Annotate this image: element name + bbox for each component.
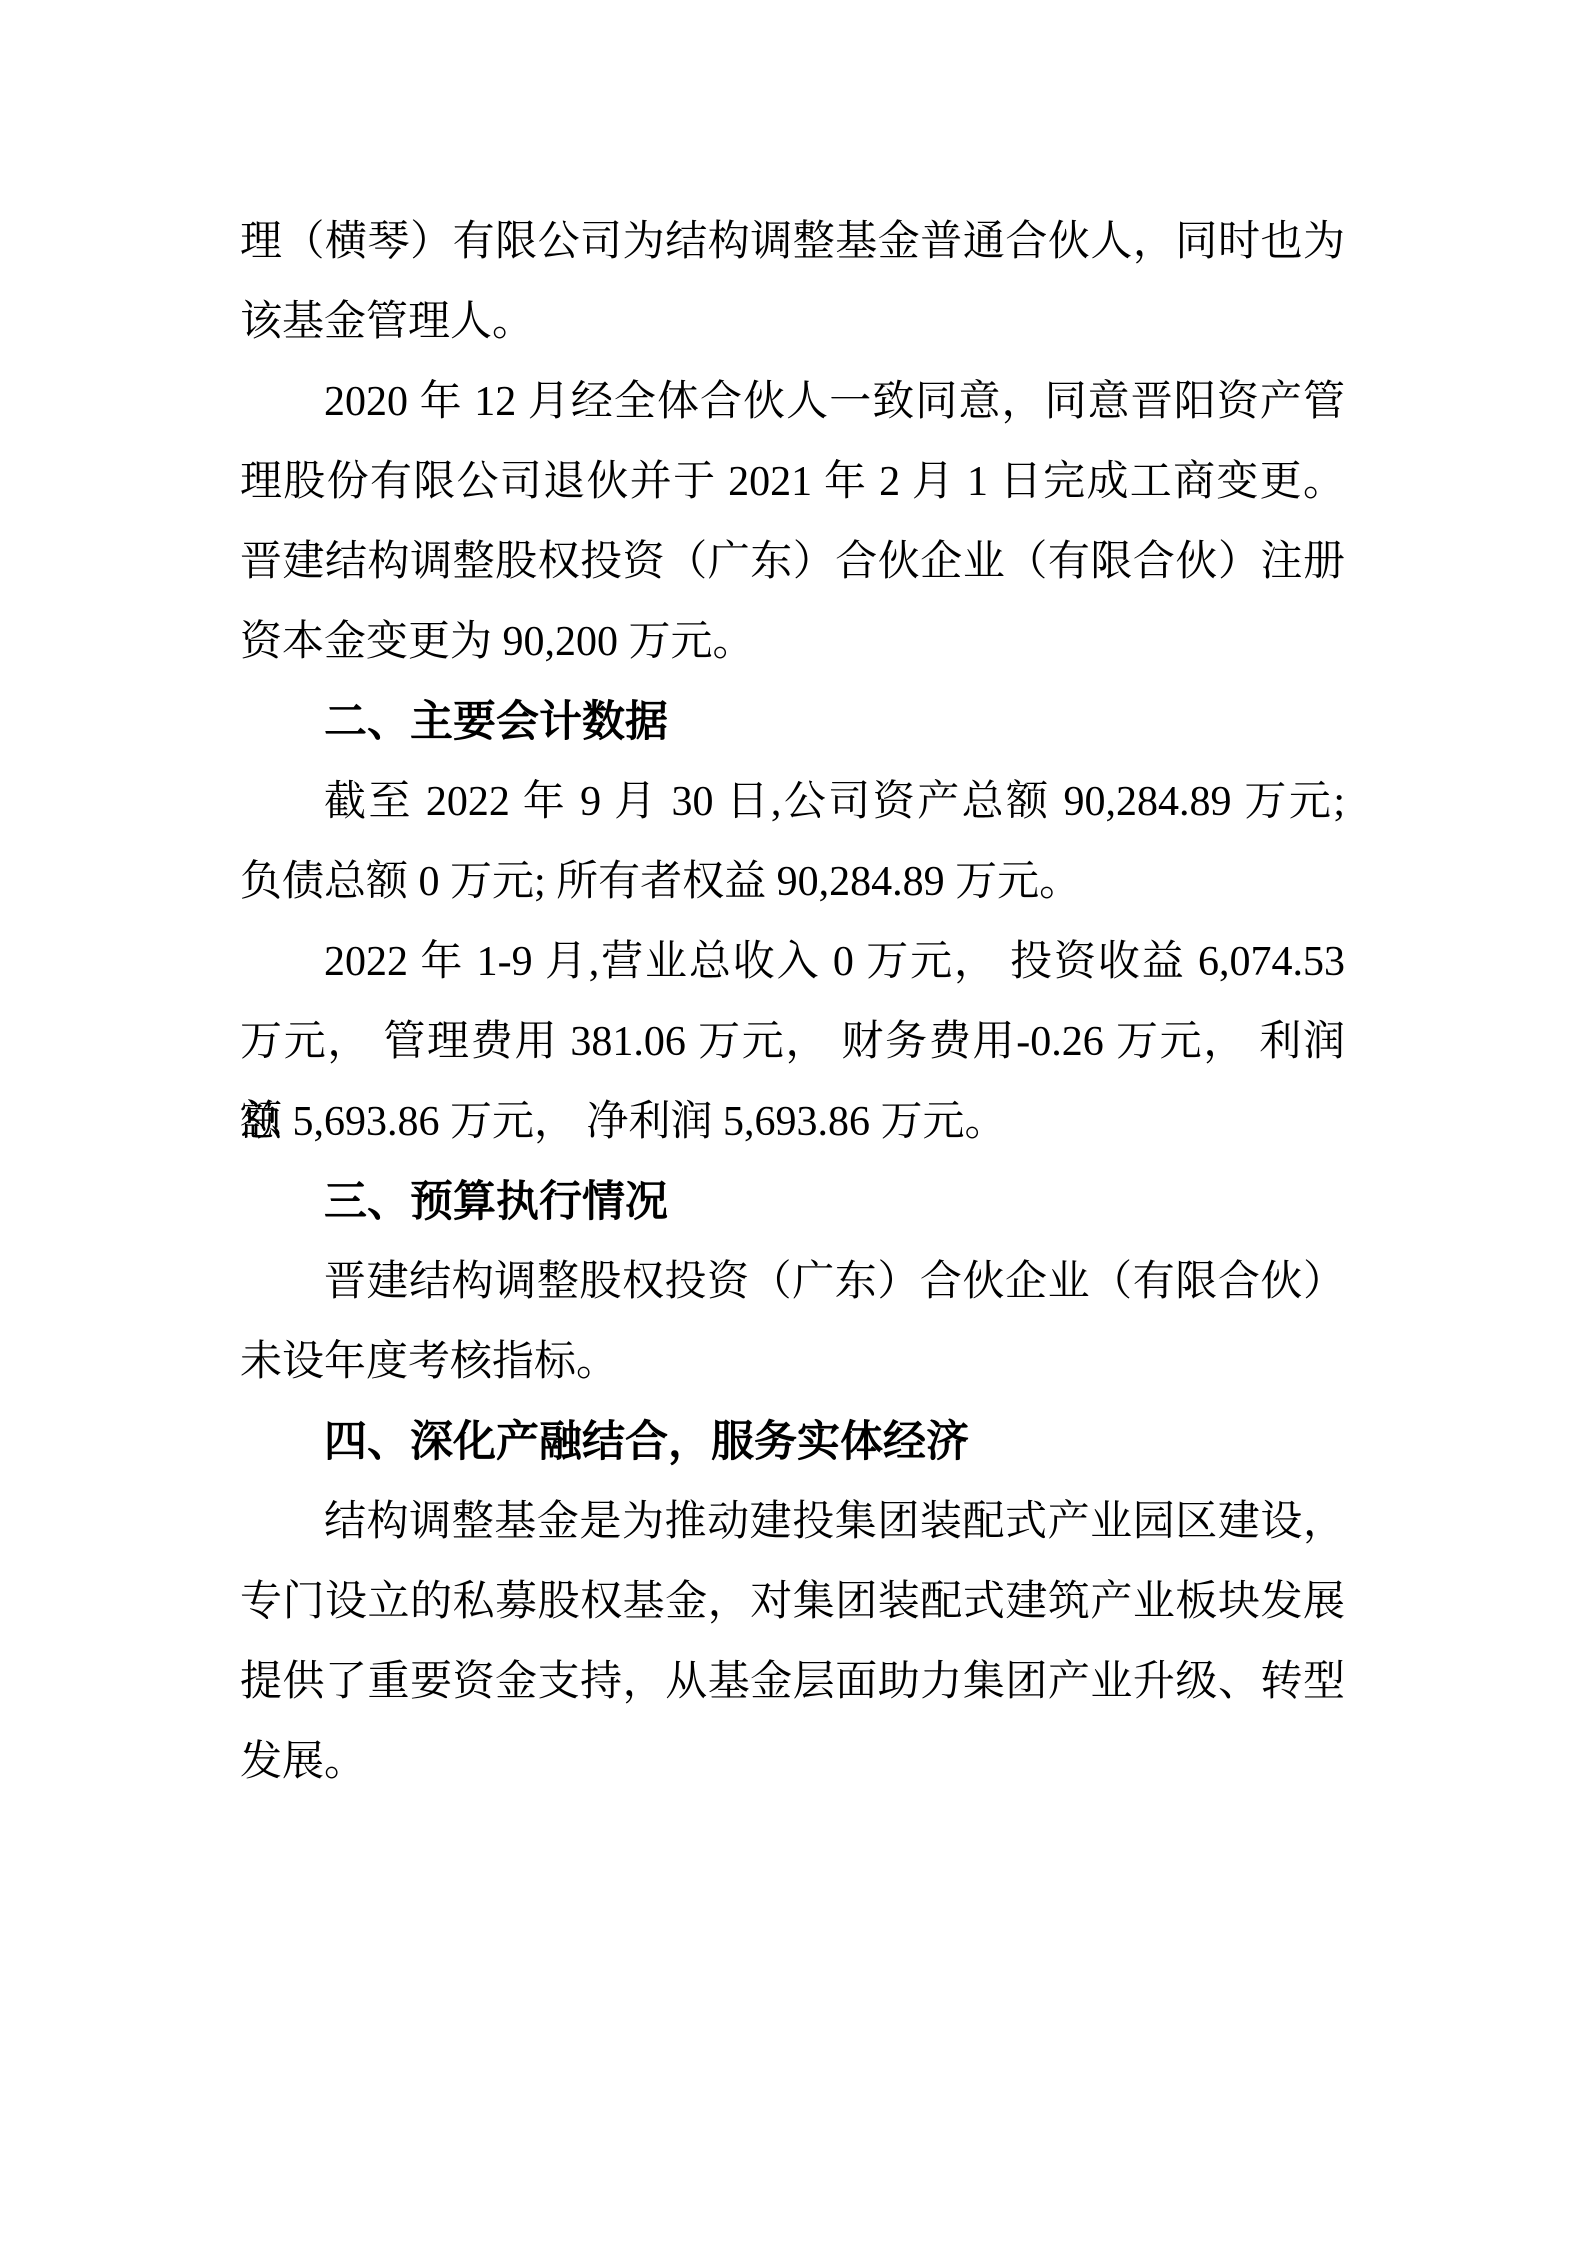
text-line: 结构调整基金是为推动建投集团装配式产业园区建设，: [240, 1482, 1345, 1562]
section-heading: 三、预算执行情况: [240, 1162, 1345, 1242]
text-line: 该基金管理人。: [240, 282, 1345, 362]
text-line: 资本金变更为 90,200 万元。: [240, 602, 1345, 682]
document-page: 理（横琴）有限公司为结构调整基金普通合伙人，同时也为该基金管理人。2020 年 …: [0, 0, 1587, 2245]
text-line: 专门设立的私募股权基金，对集团装配式建筑产业板块发展: [240, 1562, 1345, 1642]
text-line: 2020 年 12 月经全体合伙人一致同意，同意晋阳资产管: [240, 362, 1345, 442]
text-line: 负债总额 0 万元; 所有者权益 90,284.89 万元。: [240, 842, 1345, 922]
text-line: 2022 年 1-9 月,营业总收入 0 万元， 投资收益 6,074.53: [240, 922, 1345, 1002]
text-line: 额 5,693.86 万元， 净利润 5,693.86 万元。: [240, 1082, 1345, 1162]
text-line: 截至 2022 年 9 月 30 日,公司资产总额 90,284.89 万元;: [240, 762, 1345, 842]
section-heading: 二、主要会计数据: [240, 682, 1345, 762]
text-line: 未设年度考核指标。: [240, 1322, 1345, 1402]
text-line: 提供了重要资金支持，从基金层面助力集团产业升级、转型: [240, 1642, 1345, 1722]
section-heading: 四、深化产融结合，服务实体经济: [240, 1402, 1345, 1482]
text-line: 理（横琴）有限公司为结构调整基金普通合伙人，同时也为: [240, 202, 1345, 282]
document-body: 理（横琴）有限公司为结构调整基金普通合伙人，同时也为该基金管理人。2020 年 …: [240, 202, 1345, 1802]
text-line: 理股份有限公司退伙并于 2021 年 2 月 1 日完成工商变更。: [240, 442, 1345, 522]
text-line: 晋建结构调整股权投资（广东）合伙企业（有限合伙）: [240, 1242, 1345, 1322]
text-line: 发展。: [240, 1722, 1345, 1802]
text-line: 万元， 管理费用 381.06 万元， 财务费用-0.26 万元， 利润总: [240, 1002, 1345, 1082]
text-line: 晋建结构调整股权投资（广东）合伙企业（有限合伙）注册: [240, 522, 1345, 602]
